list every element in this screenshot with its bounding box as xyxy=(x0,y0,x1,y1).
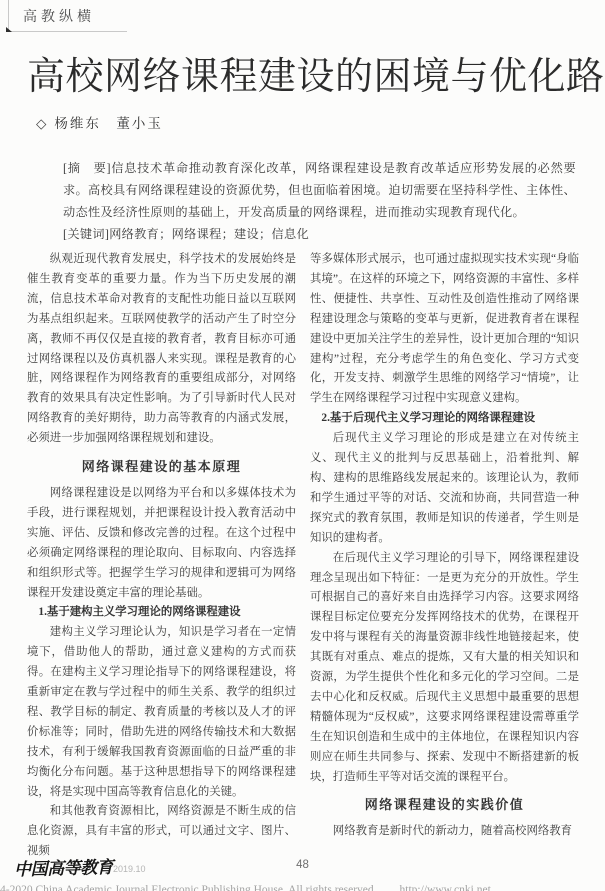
right-column: 等多媒体形式展示，也可通过虚拟现实技术实现“身临其境”。在这样的环境之下，网络资… xyxy=(310,250,579,858)
section-heading: 网络课程建设的实践价值 xyxy=(310,795,579,815)
body-paragraph: 后现代主义学习理论的形成是建立在对传统主义、现代主义的批判与反思基础上，沿着批判… xyxy=(310,429,579,548)
body-paragraph: 网络教育是新时代的新动力，随着高校网络教育 xyxy=(310,822,579,842)
keywords-line: [关键词]网络教育；网络课程；建设；信息化 xyxy=(63,223,576,245)
copyright-notice: ©1994-2020 China Academic Journal Electr… xyxy=(0,881,491,891)
body-paragraph: 在后现代主义学习理论的引导下，网络课程建设理念呈现出如下特征：一是更为充分的开放… xyxy=(310,549,579,788)
abstract-text: 信息技术革命推动教育深化改革，网络课程建设是教育改革适应形势发展的必然要求。高校… xyxy=(63,161,576,219)
section-heading: 网络课程建设的基本原理 xyxy=(27,457,296,477)
body-paragraph-continued: 等多媒体形式展示，也可通过虚拟现实技术实现“身临其境”。在这样的环境之下，网络资… xyxy=(310,250,579,409)
page-number: 48 xyxy=(0,859,605,871)
journal-page: 高教纵横 高校网络课程建设的困境与优化路径 ◇杨维东 董小玉 [摘 要]信息技术… xyxy=(0,0,605,891)
left-column: 纵观近现代教育发展史，科学技术的发展始终是催生教育变革的重要力量。作为当下历史发… xyxy=(27,250,296,858)
abstract-label: [摘 要] xyxy=(63,161,111,175)
article-title: 高校网络课程建设的困境与优化路径 xyxy=(27,54,583,100)
subsection-heading: 2.基于后现代主义学习理论的网络课程建设 xyxy=(310,409,579,429)
section-tag-box: 高教纵横 xyxy=(8,0,127,32)
body-paragraph: 网络课程建设是以网络为平台和以多媒体技术为手段，进行课程规划，并把课程设计投入教… xyxy=(27,484,296,603)
abstract-block: [摘 要]信息技术革命推动教育深化改革，网络课程建设是教育改革适应形势发展的必然… xyxy=(63,157,576,245)
author-diamond-icon: ◇ xyxy=(36,116,48,131)
keywords-text: 网络教育；网络课程；建设；信息化 xyxy=(109,227,309,241)
keywords-label: [关键词] xyxy=(63,227,109,241)
body-paragraph: 和其他教育资源相比，网络资源是不断生成的信息化资源，具有丰富的形式，可以通过文字… xyxy=(27,802,296,858)
article-body: 纵观近现代教育发展史，科学技术的发展始终是催生教育变革的重要力量。作为当下历史发… xyxy=(27,250,579,858)
section-tag-label: 高教纵横 xyxy=(9,6,95,26)
body-paragraph: 纵观近现代教育发展史，科学技术的发展始终是催生教育变革的重要力量。作为当下历史发… xyxy=(27,250,296,449)
subsection-heading: 1.基于建构主义学习理论的网络课程建设 xyxy=(27,603,296,623)
body-paragraph: 建构主义学习理论认为，知识是学习者在一定情境下，借助他人的帮助，通过意义建构的方… xyxy=(27,623,296,802)
corner-ink-mark xyxy=(6,27,12,32)
authors-line: ◇杨维东 董小玉 xyxy=(36,112,163,132)
author-names: 杨维东 董小玉 xyxy=(54,116,163,131)
abstract-paragraph: [摘 要]信息技术革命推动教育深化改革，网络课程建设是教育改革适应形势发展的必然… xyxy=(63,157,576,223)
